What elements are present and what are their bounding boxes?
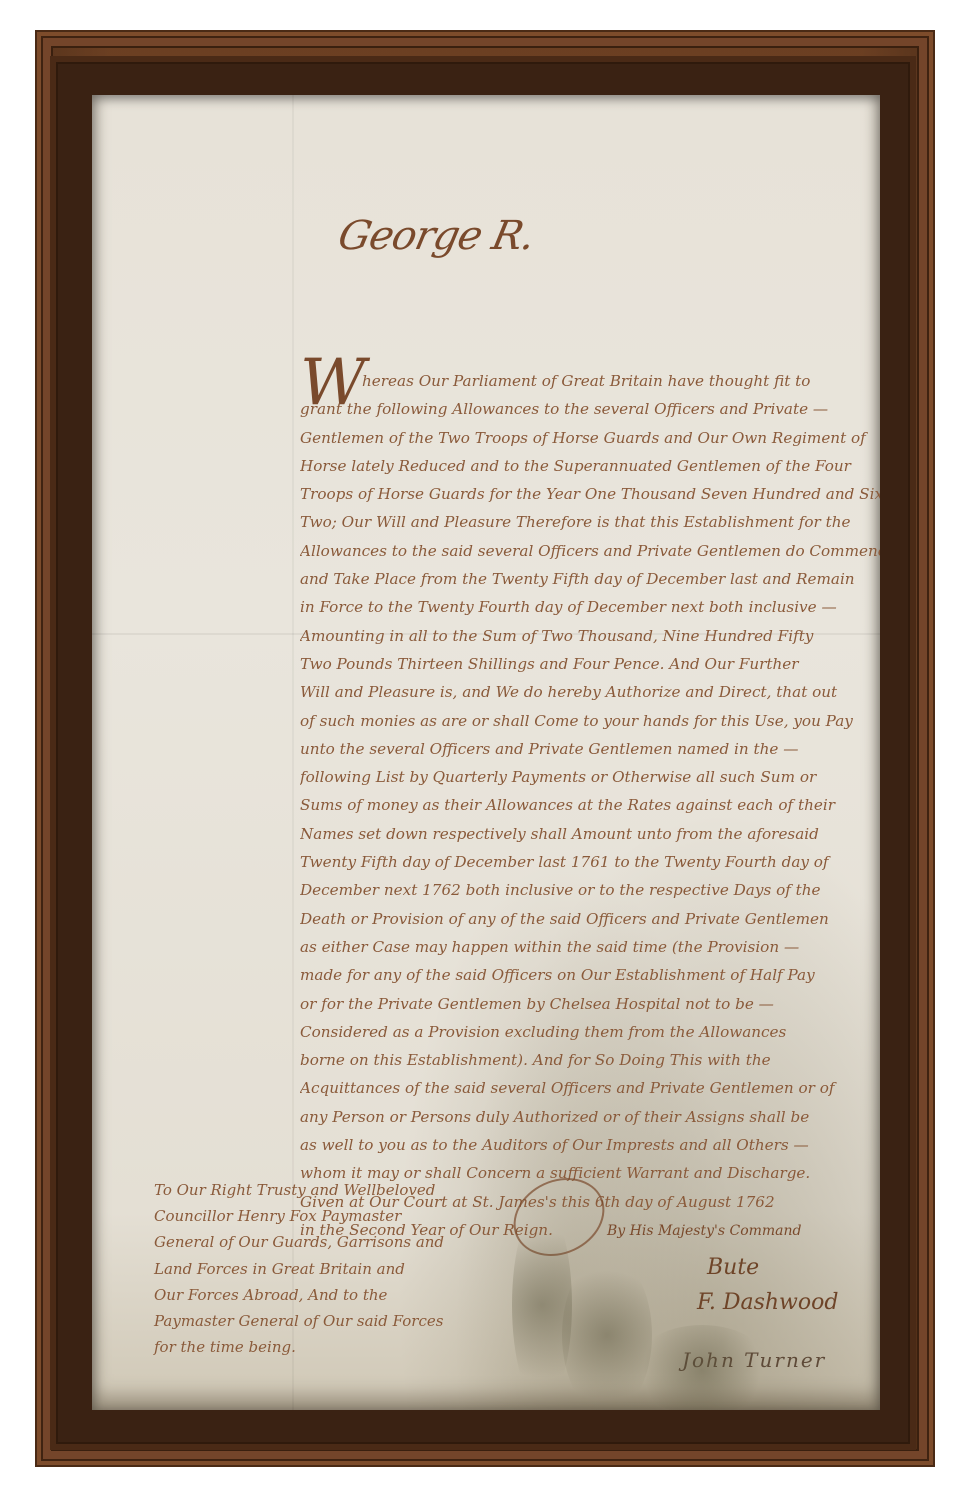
address-line: To Our Right Trusty and Wellbeloved: [154, 1177, 484, 1203]
body-line: Will and Pleasure is, and We do hereby A…: [300, 678, 880, 706]
body-line: any Person or Persons duly Authorized or…: [300, 1103, 880, 1131]
body-line: made for any of the said Officers on Our…: [300, 961, 880, 989]
address-line: for the time being.: [154, 1334, 484, 1360]
foxing-stain: [632, 1325, 772, 1410]
body-line: as either Case may happen within the sai…: [300, 933, 880, 961]
body-line: Death or Provision of any of the said Of…: [300, 905, 880, 933]
body-line: grant the following Allowances to the se…: [300, 395, 880, 423]
signature-dashwood: F. Dashwood: [697, 1290, 838, 1315]
body-line: Acquittances of the said several Officer…: [300, 1074, 880, 1102]
body-line: of such monies as are or shall Come to y…: [300, 707, 880, 735]
body-line: or for the Private Gentlemen by Chelsea …: [300, 990, 880, 1018]
body-line: as well to you as to the Auditors of Our…: [300, 1131, 880, 1159]
foxing-stain: [512, 1205, 572, 1405]
body-line: Allowances to the said several Officers …: [300, 537, 880, 565]
body-line: unto the several Officers and Private Ge…: [300, 735, 880, 763]
address-line: General of Our Guards, Garrisons and: [154, 1229, 484, 1255]
address-line: Paymaster General of Our said Forces: [154, 1308, 484, 1334]
body-line: hereas Our Parliament of Great Britain h…: [300, 367, 880, 395]
body-line: Troops of Horse Guards for the Year One …: [300, 480, 880, 508]
body-line: Names set down respectively shall Amount…: [300, 820, 880, 848]
body-line: December next 1762 both inclusive or to …: [300, 876, 880, 904]
address-line: Land Forces in Great Britain and: [154, 1256, 484, 1282]
signature-bute: Bute: [707, 1255, 759, 1280]
body-line: Sums of money as their Allowances at the…: [300, 791, 880, 819]
address-block: To Our Right Trusty and Wellbeloved Coun…: [154, 1177, 484, 1360]
body-line: in Force to the Twenty Fourth day of Dec…: [300, 593, 880, 621]
address-line: Councillor Henry Fox Paymaster: [154, 1203, 484, 1229]
body-line: and Take Place from the Twenty Fifth day…: [300, 565, 880, 593]
body-line: following List by Quarterly Payments or …: [300, 763, 880, 791]
manuscript-paper: George R. W hereas Our Parliament of Gre…: [92, 95, 880, 1410]
body-line: Considered as a Provision excluding them…: [300, 1018, 880, 1046]
body-line: Two Pounds Thirteen Shillings and Four P…: [300, 650, 880, 678]
body-line: Twenty Fifth day of December last 1761 t…: [300, 848, 880, 876]
command-line: By His Majesty's Command: [607, 1223, 802, 1239]
body-line: Horse lately Reduced and to the Superann…: [300, 452, 880, 480]
body-line: Two; Our Will and Pleasure Therefore is …: [300, 508, 880, 536]
body-line: Gentlemen of the Two Troops of Horse Gua…: [300, 424, 880, 452]
body-line: Amounting in all to the Sum of Two Thous…: [300, 622, 880, 650]
royal-sign-manual: George R.: [334, 213, 538, 259]
address-line: Our Forces Abroad, And to the: [154, 1282, 484, 1308]
body-line: borne on this Establishment). And for So…: [300, 1046, 880, 1074]
warrant-body: hereas Our Parliament of Great Britain h…: [300, 395, 880, 1244]
